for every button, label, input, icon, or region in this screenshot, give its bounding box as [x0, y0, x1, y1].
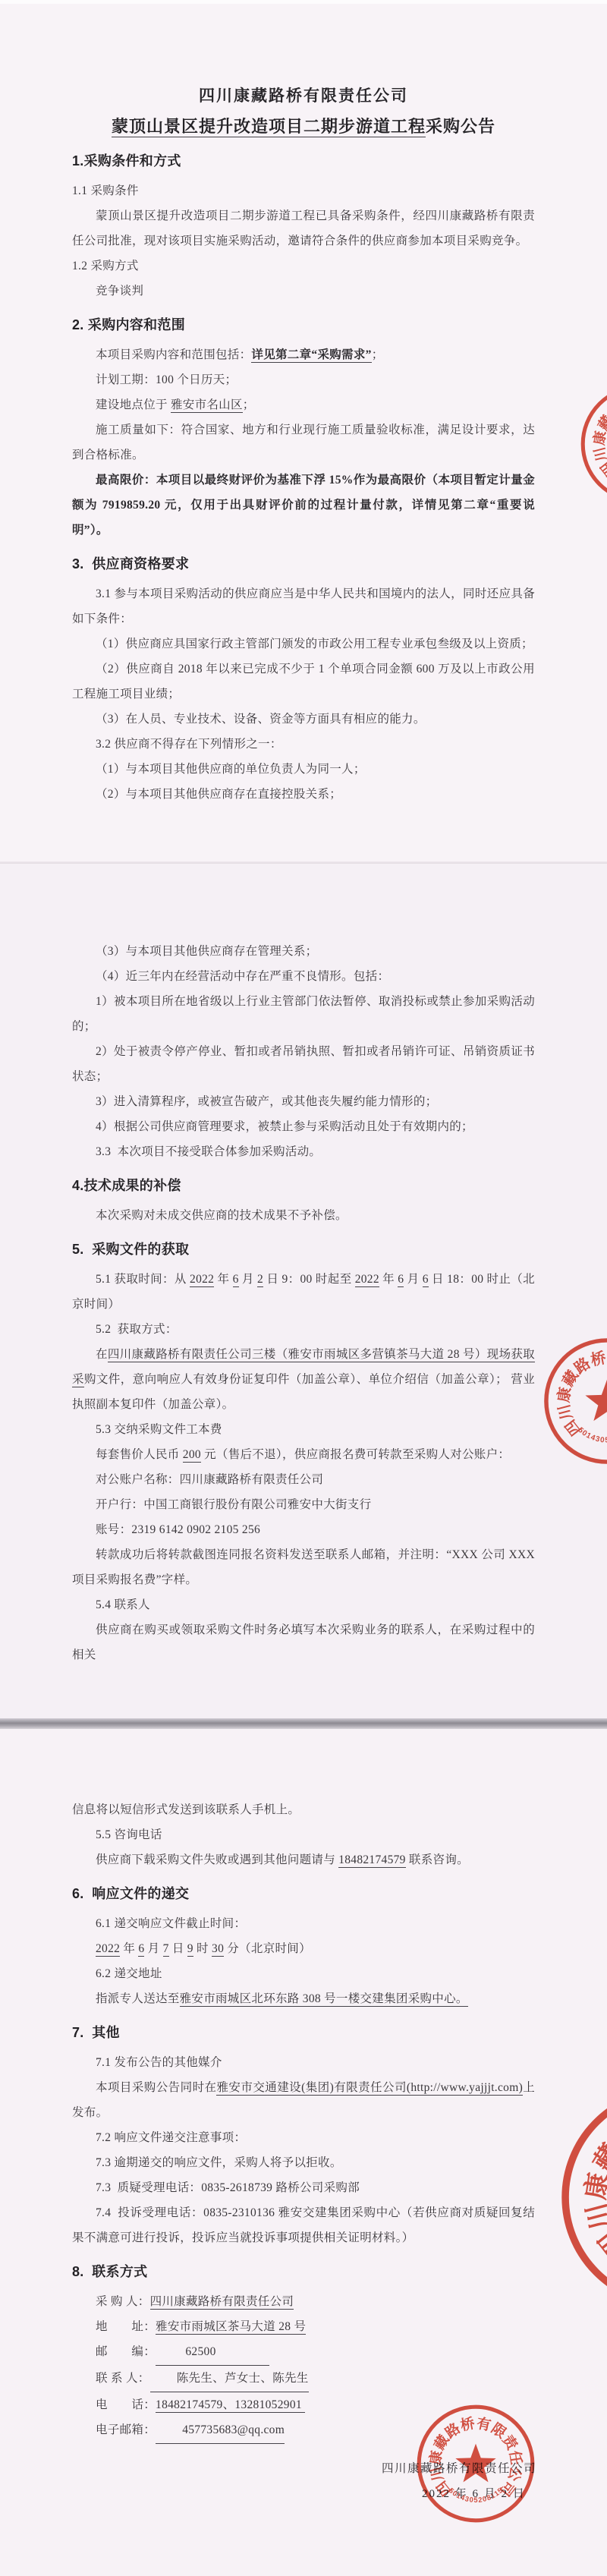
text-run: 本项目采购公告同时在: [96, 2081, 216, 2094]
paragraph: 最高限价：本项目以最终财评价为基准下浮 15%作为最高限价（本项目暂定计量金额为…: [72, 468, 535, 543]
section-heading: 3. 供应商资格要求: [72, 551, 535, 577]
seal-character: 康: [591, 430, 607, 446]
underlined-text: 详见第二章“采购需求”: [251, 348, 371, 363]
text-run: 5. 采购文件的获取: [72, 1242, 189, 1257]
paragraph: 4）根据公司供应商管理要求，被禁止参与采购活动且处于有效期内的；: [72, 1114, 535, 1139]
paragraph: 开户行：中国工商银行股份有限公司雅安中大街支行: [72, 1492, 535, 1517]
paragraph: 建设地点位于 雅安市名山区；: [72, 392, 535, 417]
seal-character: 桥: [589, 1348, 607, 1369]
text-run: 5.4 联系人: [96, 1598, 150, 1611]
paragraph: （2）供应商自 2018 年以来已完成不少于 1 个单项合同金额 600 万及以…: [72, 657, 535, 707]
page-seam-1: [0, 861, 607, 864]
paragraph: 5.1 获取时间：从 2022 年 6 月 2 日 9：00 时起至 2022 …: [72, 1267, 535, 1317]
text-run: ；: [243, 398, 255, 411]
text-run: 6. 响应文件的递交: [72, 1886, 189, 1901]
text-run: 地 址：: [96, 2320, 156, 2333]
text-run: 采 购 人：: [96, 2295, 150, 2308]
page-2: （3）与本项目其他供应商存在管理关系；（4）近三年内在经营活动中存在严重不良情形…: [0, 863, 607, 1723]
seal-character: 桥: [459, 2415, 476, 2433]
text-run: 5.3 交纳采购文件工本费: [96, 1423, 222, 1436]
underlined-text: 2: [257, 1273, 263, 1287]
text-run: 本项目采购内容和范围包括：: [96, 348, 251, 361]
text-run: 联系咨询。: [406, 1853, 469, 1866]
text-run: （3）与本项目其他供应商存在管理关系；: [96, 945, 317, 958]
text-run: 蒙顶山景区提升改造项目二期步游道工程已具备采购条件，经四川康藏路桥有限责任公司批…: [72, 209, 535, 247]
text-run: 1.采购条件和方式: [72, 153, 181, 168]
paragraph: 联 系 人： 陈先生、芦女士、陈先生: [72, 2366, 535, 2392]
text-run: 7.3 逾期递交的响应文件，采购人将予以拒收。: [96, 2156, 342, 2169]
underlined-text: 雅安市交通建设(集团)有限责任公司(http://www.yajjjt.com): [216, 2081, 523, 2096]
seal-character: 川: [591, 446, 607, 463]
text-run: （3）在人员、专业技术、设备、资金等方面具有相应的能力。: [96, 713, 426, 726]
text-run: 信息将以短信形式发送到该联系人手机上。: [72, 1803, 300, 1816]
text-run: 分（北京时间）: [224, 1942, 311, 1955]
paragraph: 对公账户名称：四川康藏路桥有限责任公司: [72, 1467, 535, 1492]
paragraph: 1.1 采购条件: [72, 178, 535, 203]
paragraph: 5.3 交纳采购文件工本费: [72, 1417, 535, 1442]
underlined-text: 18482174579、13281052901: [156, 2398, 305, 2413]
text-run: 6.1 递交响应文件截止时间：: [96, 1917, 246, 1930]
text-run: 竞争谈判: [96, 285, 143, 298]
seal-character: 川: [581, 2200, 607, 2233]
paragraph: 5.4 联系人: [72, 1592, 535, 1617]
underlined-text: 陈先生、芦女士、陈先生: [150, 2366, 309, 2392]
text-run: 月: [144, 1942, 162, 1955]
paragraph: 3.1 参与本项目采购活动的供应商应当是中华人民共和国境内的法人，同时还应具备如…: [72, 581, 535, 631]
text-run: 1）被本项目所在地省级以上行业主管部门依法暂停、取消投标或禁止参加采购活动的；: [72, 995, 535, 1033]
text-run: 3.3 本次项目不接受联合体参加采购活动。: [96, 1145, 321, 1158]
paragraph: 1.2 采购方式: [72, 254, 535, 279]
section-heading: 5. 采购文件的获取: [72, 1236, 535, 1262]
text-run: 账号：2319 6142 0902 2105 256: [96, 1523, 260, 1536]
underlined-text: 200: [183, 1448, 201, 1463]
page-seam-2: [0, 1718, 607, 1729]
text-run: 最高限价：本项目以最终财评价为基准下浮 15%作为最高限价（本项目暂定计量金额为…: [72, 474, 535, 537]
section-heading: 2. 采购内容和范围: [72, 312, 535, 338]
document-subtitle: 蒙顶山景区提升改造项目二期步游道工程采购公告: [72, 114, 535, 140]
text-run: 1.2 采购方式: [72, 260, 139, 272]
paragraph: （2）与本项目其他供应商存在直接控股关系；: [72, 782, 535, 807]
text-run: 7.3 质疑受理电话：0835-2618739 路桥公司采购部: [96, 2181, 360, 2194]
company-seal-stamp-partial-top: 四川康藏路桥有限责任公司5118025034105: [575, 379, 607, 509]
seal-character: 5: [473, 2496, 477, 2504]
paragraph: 地 址：雅安市雨城区茶马大道 28 号: [72, 2314, 535, 2339]
seal-character: 藏: [595, 412, 607, 433]
text-run: 年: [120, 1942, 138, 1955]
underlined-text: 9: [187, 1942, 193, 1957]
company-seal-stamp: 四川康藏路桥有限责任公司5118025034105: [411, 2399, 540, 2528]
section-heading: 8. 联系方式: [72, 2259, 535, 2285]
paragraph: 转款成功后将转款截图连同报名资料发送至联系人邮箱，并注明：“XXX 公司 XXX…: [72, 1542, 535, 1592]
underlined-text: 2022: [96, 1942, 120, 1957]
text-run: 本次采购对未成交供应商的技术成果不予补偿。: [96, 1209, 348, 1222]
paragraph: 2）处于被责令停产停业、暂扣或者吊销执照、暂扣或者吊销许可证、吊销资质证书状态；: [72, 1039, 535, 1089]
text-run: 供应商下载采购文件失败或遇到其他问题请与: [96, 1853, 338, 1866]
text-run: 5.5 咨询电话: [96, 1828, 162, 1841]
text-run: 5.2 获取方式：: [96, 1323, 178, 1336]
text-run: 3.1 参与本项目采购活动的供应商应当是中华人民共和国境内的法人，同时还应具备如…: [72, 587, 535, 625]
paragraph: 6.1 递交响应文件截止时间：: [72, 1911, 535, 1936]
paragraph: （3）与本项目其他供应商存在管理关系；: [72, 939, 535, 964]
scanned-document: 四川康藏路桥有限责任公司 蒙顶山景区提升改造项目二期步游道工程采购公告 1.采购…: [0, 0, 607, 2576]
paragraph: 本次采购对未成交供应商的技术成果不予补偿。: [72, 1203, 535, 1228]
page-1: 四川康藏路桥有限责任公司 蒙顶山景区提升改造项目二期步游道工程采购公告 1.采购…: [0, 0, 607, 863]
section-heading: 4.技术成果的补偿: [72, 1173, 535, 1198]
paragraph: 计划工期：100 个日历天；: [72, 367, 535, 392]
text-run: 3）进入清算程序，或被宣告破产，或其他丧失履约能力情形的；: [96, 1095, 437, 1108]
underlined-text: 雅安市雨城区茶马大道 28 号: [156, 2320, 306, 2335]
paragraph: 蒙顶山景区提升改造项目二期步游道工程已具备采购条件，经四川康藏路桥有限责任公司批…: [72, 203, 535, 254]
text-run: 4.技术成果的补偿: [72, 1178, 181, 1193]
text-run: 电子邮箱：: [96, 2423, 156, 2436]
paragraph: 在四川康藏路桥有限责任公司三楼（雅安市雨城区多营镇茶马大道 28 号）现场获取采…: [72, 1342, 535, 1417]
text-run: 联 系 人：: [96, 2372, 150, 2385]
text-run: 开户行：中国工商银行股份有限公司雅安中大街支行: [96, 1498, 371, 1511]
text-run: 2）处于被责令停产停业、暂扣或者吊销执照、暂扣或者吊销许可证、吊销资质证书状态；: [72, 1045, 535, 1083]
paragraph: 每套售价人民币 200 元（售后不退），供应商报名费可转款至采购人对公账户：: [72, 1442, 535, 1467]
paragraph: 7.1 发布公告的其他媒介: [72, 2050, 535, 2075]
text-run: 供应商在购买或领取采购文件时务必填写本次采购业务的联系人，在采购过程中的相关: [72, 1623, 535, 1661]
paragraph: （3）在人员、专业技术、设备、资金等方面具有相应的能力。: [72, 707, 535, 732]
underlined-text: 457735683@qq.com: [156, 2417, 285, 2444]
underlined-text: 雅安市雨城区北环东路 308 号一楼交建集团采购中心。: [180, 1992, 468, 2007]
text-run: 对公账户名称：四川康藏路桥有限责任公司: [96, 1473, 323, 1486]
paragraph: 7.3 质疑受理电话：0835-2618739 路桥公司采购部: [72, 2175, 535, 2200]
page-1-content: 1.采购条件和方式1.1 采购条件蒙顶山景区提升改造项目二期步游道工程已具备采购…: [72, 148, 535, 807]
company-seal-stamp-partial-lower: 四川康藏路桥有限责任公司5118025034105: [551, 2077, 607, 2318]
paragraph: 信息将以短信形式发送到该联系人手机上。: [72, 1797, 535, 1822]
text-run: （1）供应商应具国家行政主管部门颁发的市政公用工程专业承包叁级及以上资质；: [96, 638, 533, 650]
text-run: 5.1 获取时间：从: [96, 1273, 190, 1286]
text-run: 每套售价人民币: [96, 1448, 183, 1461]
paragraph: （4）近三年内在经营活动中存在严重不良情形。包括：: [72, 964, 535, 989]
paragraph: 本项目采购内容和范围包括：详见第二章“采购需求”；: [72, 342, 535, 367]
page-3-content: 信息将以短信形式发送到该联系人手机上。5.5 咨询电话供应商下载采购文件失败或遇…: [72, 1797, 535, 2444]
page-2-content: （3）与本项目其他供应商存在管理关系；（4）近三年内在经营活动中存在严重不良情形…: [72, 939, 535, 1667]
text-run: 2. 采购内容和范围: [72, 317, 185, 332]
underlined-text: 6: [233, 1273, 239, 1287]
text-run: 日 9：00 时起至: [263, 1273, 355, 1286]
paragraph: 3）进入清算程序，或被宣告破产，或其他丧失履约能力情形的；: [72, 1089, 535, 1114]
text-run: 施工质量如下：符合国家、地方和行业现行施工质量验收标准，满足设计要求，达到合格标…: [72, 424, 535, 461]
underlined-text: 雅安市名山区: [171, 398, 243, 413]
paragraph: 7.4 投诉受理电话：0835-2310136 雅安交建集团采购中心（若供应商对…: [72, 2200, 535, 2250]
text-run: 1.1 采购条件: [72, 184, 139, 197]
paragraph: 7.2 响应文件递交注意事项：: [72, 2125, 535, 2150]
text-run: 元（售后不退），供应商报名费可转款至采购人对公账户：: [201, 1448, 510, 1461]
text-run: 购文件，意向响应人有效身份证复印件（加盖公章）、单位介绍信（加盖公章）； 营业执…: [72, 1373, 535, 1411]
text-run: 3. 供应商资格要求: [72, 556, 189, 572]
subtitle-suffix: 采购公告: [426, 117, 495, 136]
seal-character: 0: [469, 2496, 473, 2504]
paragraph: 指派专人送达至雅安市雨城区北环东路 308 号一楼交建集团采购中心。: [72, 1986, 535, 2011]
paragraph: 供应商下载采购文件失败或遇到其他问题请与 18482174579 联系咨询。: [72, 1847, 535, 1872]
text-run: 3.2 供应商不得存在下列情形之一：: [96, 738, 282, 751]
paragraph: 5.5 咨询电话: [72, 1822, 535, 1847]
paragraph: 施工质量如下：符合国家、地方和行业现行施工质量验收标准，满足设计要求，达到合格标…: [72, 417, 535, 468]
text-run: 时: [193, 1942, 212, 1955]
text-run: （4）近三年内在经营活动中存在严重不良情形。包括：: [96, 970, 389, 983]
underlined-text: 2022: [355, 1273, 379, 1287]
text-run: 7.4 投诉受理电话：0835-2310136 雅安交建集团采购中心（若供应商对…: [72, 2206, 535, 2244]
underlined-text: 62500: [156, 2339, 269, 2366]
text-run: 邮 编：: [96, 2345, 156, 2358]
paragraph: 2022 年 6 月 7 日 9 时 30 分（北京时间）: [72, 1936, 535, 1961]
paragraph: 1）被本项目所在地省级以上行业主管部门依法暂停、取消投标或禁止参加采购活动的；: [72, 989, 535, 1039]
seal-character: 康: [580, 2171, 607, 2201]
paragraph: 7.3 逾期递交的响应文件，采购人将予以拒收。: [72, 2150, 535, 2175]
underlined-text: 四川康藏路桥有限责任公司: [150, 2295, 294, 2310]
paragraph: 本项目采购公告同时在雅安市交通建设(集团)有限责任公司(http://www.y…: [72, 2075, 535, 2125]
text-run: 转款成功后将转款截图连同报名资料发送至联系人邮箱，并注明：“XXX 公司 XXX…: [72, 1548, 538, 1586]
section-heading: 7. 其他: [72, 2020, 535, 2045]
text-run: 7. 其他: [72, 2025, 120, 2040]
text-run: 月: [239, 1273, 257, 1286]
scan-top-edge: [0, 0, 607, 4]
underlined-text: 18482174579: [338, 1853, 406, 1868]
text-run: 年: [379, 1273, 398, 1286]
text-run: 日: [169, 1942, 187, 1955]
text-run: 7.1 发布公告的其他媒介: [96, 2056, 222, 2069]
text-run: 6.2 递交地址: [96, 1967, 162, 1980]
text-run: 计划工期：100 个日历天；: [96, 373, 237, 386]
document-title: 四川康藏路桥有限责任公司: [72, 85, 535, 108]
seal-shape: [585, 1380, 607, 1421]
paragraph: 3.3 本次项目不接受联合体参加采购活动。: [72, 1139, 535, 1164]
paragraph: 采 购 人：四川康藏路桥有限责任公司: [72, 2289, 535, 2314]
underlined-text: 30: [212, 1942, 224, 1957]
paragraph: 5.2 获取方式：: [72, 1317, 535, 1342]
underlined-text: 6: [423, 1273, 429, 1287]
seal-character: 川: [427, 2465, 446, 2483]
paragraph: 6.2 递交地址: [72, 1961, 535, 1986]
seal-character: 任: [507, 2449, 525, 2466]
text-run: 月: [404, 1273, 422, 1286]
paragraph: （1）供应商应具国家行政主管部门颁发的市政公用工程专业承包叁级及以上资质；: [72, 631, 535, 657]
seal-shape: [455, 2444, 495, 2483]
text-run: （2）供应商自 2018 年以来已完成不少于 1 个单项合同金额 600 万及以…: [72, 663, 535, 701]
text-run: 电 话：: [96, 2398, 156, 2411]
underlined-text: 2022: [190, 1273, 214, 1287]
text-run: 年: [214, 1273, 232, 1286]
paragraph: 供应商在购买或领取采购文件时务必填写本次采购业务的联系人，在采购过程中的相关: [72, 1617, 535, 1667]
underlined-text: 7: [163, 1942, 169, 1957]
section-heading: 1.采购条件和方式: [72, 148, 535, 174]
section-heading: 6. 响应文件的递交: [72, 1881, 535, 1907]
text-run: （2）与本项目其他供应商存在直接控股关系；: [96, 788, 341, 801]
paragraph: 3.2 供应商不得存在下列情形之一：: [72, 732, 535, 757]
text-run: （1）与本项目其他供应商的单位负责人为同一人；: [96, 763, 366, 776]
text-run: 建设地点位于: [96, 398, 171, 411]
text-run: 4）根据公司供应商管理要求，被禁止参与采购活动且处于有效期内的；: [96, 1120, 473, 1133]
project-name: 蒙顶山景区提升改造项目二期步游道工程: [112, 117, 426, 137]
text-run: 指派专人送达至: [96, 1992, 180, 2005]
text-run: 在: [96, 1348, 108, 1361]
paragraph: 账号：2319 6142 0902 2105 256: [72, 1517, 535, 1542]
text-run: ；: [372, 348, 384, 361]
paragraph: 邮 编： 62500: [72, 2339, 535, 2366]
text-run: 8. 联系方式: [72, 2264, 147, 2279]
paragraph: 竞争谈判: [72, 279, 535, 304]
company-seal-stamp-partial-middle: 四川康藏路桥有限责任公司5118025034105: [538, 1332, 607, 1470]
paragraph: （1）与本项目其他供应商的单位负责人为同一人；: [72, 757, 535, 782]
text-run: 7.2 响应文件递交注意事项：: [96, 2131, 246, 2144]
